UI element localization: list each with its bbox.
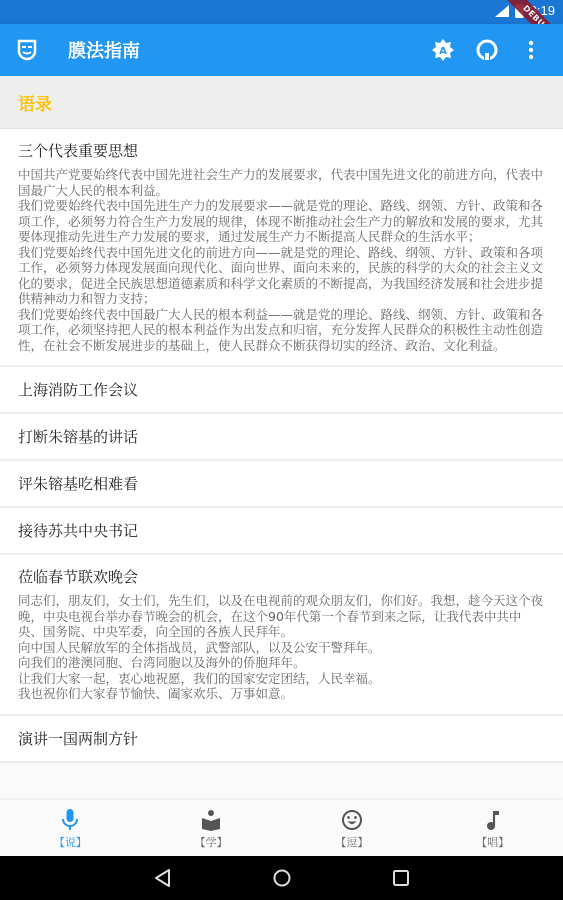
list-item[interactable]: 三个代表重要思想 中国共产党要始终代表中国先进社会生产力的发展要求，代表中国先进… bbox=[0, 129, 563, 367]
tab-label: 【学】 bbox=[195, 834, 228, 850]
svg-text:A: A bbox=[439, 46, 447, 57]
list-item[interactable]: 评朱镕基吃相难看 bbox=[0, 461, 563, 508]
github-icon bbox=[476, 39, 498, 61]
mask-logo-icon bbox=[16, 38, 38, 62]
item-title: 三个代表重要思想 bbox=[18, 141, 545, 161]
list-item[interactable]: 打断朱镕基的讲话 bbox=[0, 414, 563, 461]
quote-list[interactable]: 语录 三个代表重要思想 中国共产党要始终代表中国先进社会生产力的发展要求，代表中… bbox=[0, 76, 563, 800]
list-item[interactable]: 接待苏共中央书记 bbox=[0, 508, 563, 555]
app-bar: 膜法指南 A bbox=[0, 24, 563, 76]
item-title: 上海消防工作会议 bbox=[18, 380, 545, 400]
list-item[interactable]: 上海消防工作会议 bbox=[0, 367, 563, 414]
mic-icon bbox=[62, 809, 78, 831]
tab-learn[interactable]: 【学】 bbox=[141, 800, 282, 856]
list-item[interactable]: 演讲一国两制方针 bbox=[0, 716, 563, 763]
more-vert-icon bbox=[528, 40, 534, 60]
back-icon[interactable] bbox=[154, 868, 172, 888]
recents-icon[interactable] bbox=[392, 869, 410, 887]
theme-button[interactable]: A bbox=[421, 34, 465, 66]
smile-icon bbox=[341, 809, 363, 831]
tab-sing[interactable]: 【唱】 bbox=[422, 800, 563, 856]
section-title: 语录 bbox=[18, 90, 52, 115]
item-title: 演讲一国两制方针 bbox=[18, 729, 545, 749]
github-button[interactable] bbox=[465, 34, 509, 66]
tab-say[interactable]: 【说】 bbox=[0, 800, 141, 856]
app-title: 膜法指南 bbox=[68, 37, 140, 63]
tab-label: 【说】 bbox=[54, 834, 87, 850]
item-title: 评朱镕基吃相难看 bbox=[18, 474, 545, 494]
item-title: 打断朱镕基的讲话 bbox=[18, 427, 545, 447]
theme-icon: A bbox=[432, 39, 454, 61]
item-title: 莅临春节联欢晚会 bbox=[18, 567, 545, 587]
bottom-nav: 【说】 【学】 【逗】 【唱】 bbox=[0, 800, 563, 856]
item-body: 中国共产党要始终代表中国先进社会生产力的发展要求，代表中国先进文化的前进方向，代… bbox=[18, 167, 545, 353]
status-bar: 9:19 DEBUG bbox=[0, 0, 563, 24]
tab-tease[interactable]: 【逗】 bbox=[282, 800, 423, 856]
tab-label: 【唱】 bbox=[476, 834, 509, 850]
signal-icon bbox=[495, 5, 509, 17]
home-icon[interactable] bbox=[272, 868, 292, 888]
system-nav-bar bbox=[0, 856, 563, 900]
item-body: 同志们，朋友们，女士们，先生们，以及在电视前的观众朋友们，你们好。我想，趁今天这… bbox=[18, 593, 545, 702]
reading-icon bbox=[201, 809, 221, 831]
list-item[interactable]: 莅临春节联欢晚会 同志们，朋友们，女士们，先生们，以及在电视前的观众朋友们，你们… bbox=[0, 555, 563, 716]
app-actions: A bbox=[421, 34, 553, 66]
tab-label: 【逗】 bbox=[335, 834, 368, 850]
music-note-icon bbox=[486, 809, 500, 831]
section-header: 语录 bbox=[0, 76, 563, 129]
item-title: 接待苏共中央书记 bbox=[18, 521, 545, 541]
more-button[interactable] bbox=[509, 34, 553, 66]
